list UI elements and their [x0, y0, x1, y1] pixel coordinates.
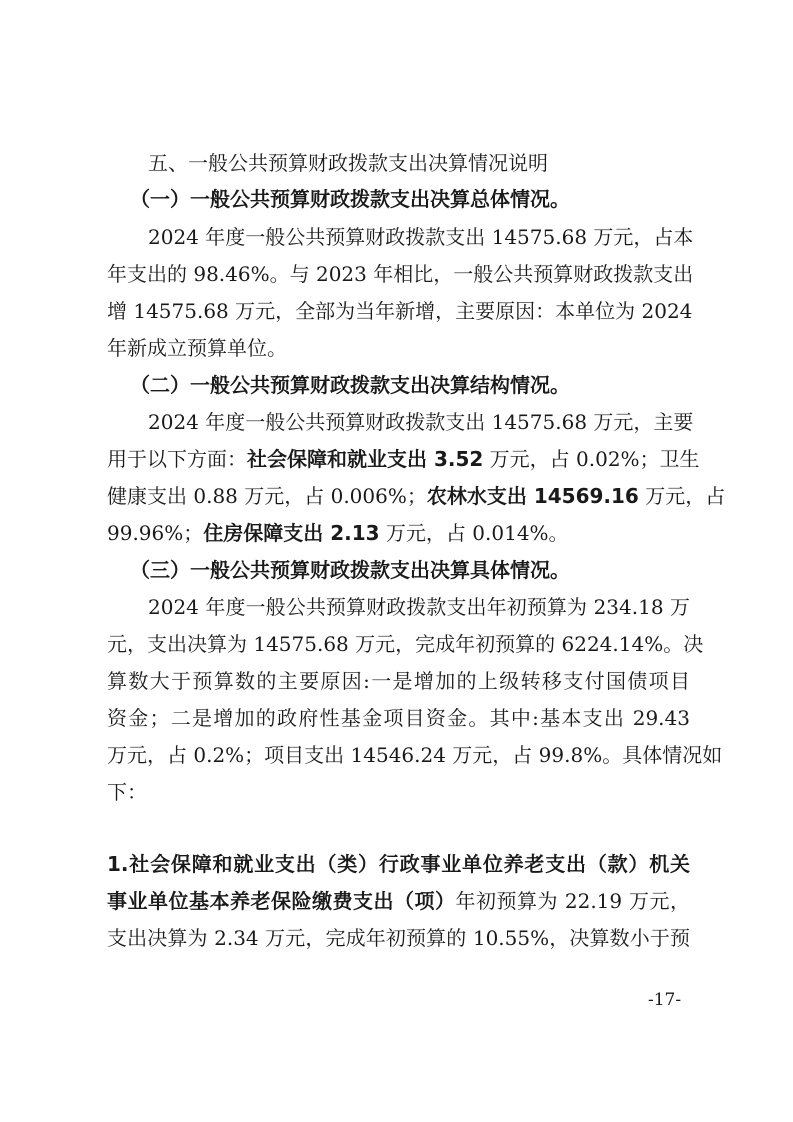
paragraph-line: 2024 年度一般公共预算财政拨款支出年初预算为 234.18 万 — [148, 594, 690, 620]
paragraph-line: 年支出的 98.46%。与 2023 年相比，一般公共预算财政拨款支出 — [107, 261, 690, 287]
paragraph-line: 用于以下方面：社会保障和就业支出 3.52 万元，占 0.02%；卫生 — [107, 446, 690, 472]
text: 万元，占 0.014%。 — [380, 521, 569, 545]
bold-text: 住房保障支出 2.13 — [203, 521, 379, 545]
paragraph-line: 年新成立预算单位。 — [107, 335, 690, 361]
bold-text: 事业单位基本养老保险缴费支出（项） — [107, 889, 456, 913]
paragraph-line: 算数大于预算数的主要原因:一是增加的上级转移支付国债项目 — [107, 668, 690, 694]
paragraph-line: 2024 年度一般公共预算财政拨款支出 14575.68 万元，占本 — [148, 224, 690, 250]
document-page: 五、一般公共预算财政拨款支出决算情况说明 （一）一般公共预算财政拨款支出决算总体… — [0, 0, 793, 1122]
subsection-heading-3: （三）一般公共预算财政拨款支出决算具体情况。 — [130, 557, 570, 583]
section-title: 五、一般公共预算财政拨款支出决算情况说明 — [148, 150, 548, 176]
paragraph-line: 2024 年度一般公共预算财政拨款支出 14575.68 万元，主要 — [148, 409, 690, 435]
paragraph-line: 99.96%；住房保障支出 2.13 万元，占 0.014%。 — [107, 520, 690, 546]
text: 健康支出 0.88 万元，占 0.006%； — [107, 484, 427, 508]
text: 年初预算为 22.19 万元， — [456, 889, 690, 913]
item-heading-1: 1.社会保障和就业支出（类）行政事业单位养老支出（款）机关 — [107, 851, 690, 877]
text: 万元，占 — [639, 484, 725, 508]
paragraph-line: 元，支出决算为 14575.68 万元，完成年初预算的 6224.14%。决 — [107, 631, 690, 657]
text: 用于以下方面： — [107, 447, 247, 471]
paragraph-line: 下： — [107, 779, 690, 805]
bold-text: 农林水支出 14569.16 — [427, 484, 639, 508]
paragraph-line: 事业单位基本养老保险缴费支出（项）年初预算为 22.19 万元， — [107, 888, 690, 914]
subsection-heading-2: （二）一般公共预算财政拨款支出决算结构情况。 — [130, 372, 570, 398]
paragraph-line: 增 14575.68 万元，全部为当年新增，主要原因：本单位为 2024 — [107, 298, 690, 324]
page-number: -17- — [648, 990, 681, 1010]
bold-text: 社会保障和就业支出 3.52 — [247, 447, 483, 471]
paragraph-line: 健康支出 0.88 万元，占 0.006%；农林水支出 14569.16 万元，… — [107, 483, 690, 509]
paragraph-line: 万元，占 0.2%；项目支出 14546.24 万元，占 99.8%。具体情况如 — [107, 742, 690, 768]
paragraph-line: 资金；二是增加的政府性基金项目资金。其中:基本支出 29.43 — [107, 705, 690, 731]
text: 99.96%； — [107, 521, 203, 545]
subsection-heading-1: （一）一般公共预算财政拨款支出决算总体情况。 — [130, 186, 570, 212]
paragraph-line: 支出决算为 2.34 万元，完成年初预算的 10.55%，决算数小于预 — [107, 925, 690, 951]
text: 万元，占 0.02%；卫生 — [483, 447, 699, 471]
